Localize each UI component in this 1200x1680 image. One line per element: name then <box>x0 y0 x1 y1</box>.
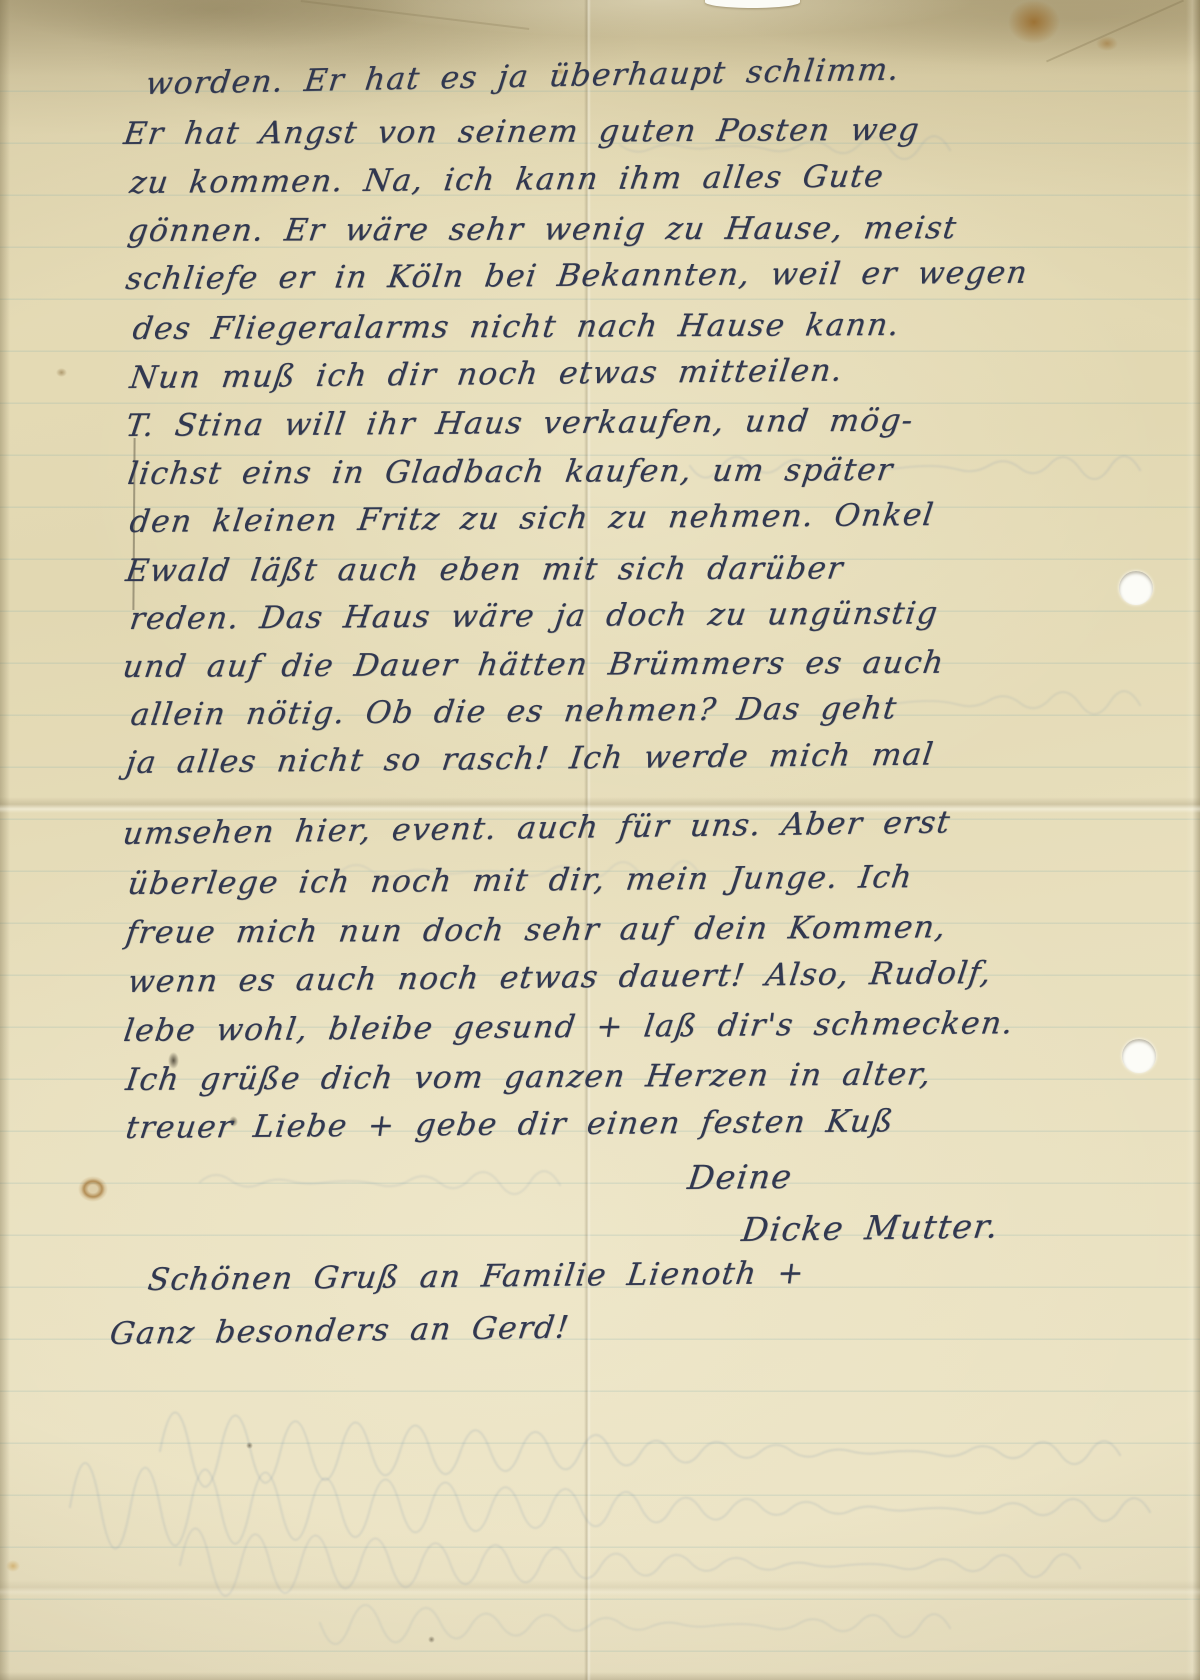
punch-hole-top <box>1119 571 1153 605</box>
handwriting-line: Ich grüße dich vom ganzen Herzen in alte… <box>124 1056 934 1098</box>
rust-stain-left <box>78 1176 108 1202</box>
handwriting-line: Er hat Angst von seinem guten Posten weg <box>122 112 923 152</box>
handwriting-line: reden. Das Haus wäre ja doch zu ungünsti… <box>128 595 941 637</box>
handwriting-line: wenn es auch noch etwas dauert! Also, Ru… <box>126 955 994 1000</box>
handwriting-line: allein nötig. Ob die es nehmen? Das geht <box>129 690 900 733</box>
valediction: Deine <box>685 1157 795 1197</box>
ink-speck <box>428 1636 435 1643</box>
handwriting-line: überlege ich noch mit dir, mein Junge. I… <box>126 859 915 902</box>
handwriting-line: und auf die Dauer hätten Brümmers es auc… <box>121 645 947 685</box>
handwriting-line: ja alles nicht so rasch! Ich werde mich … <box>124 737 937 781</box>
handwriting-line: schliefe er in Köln bei Bekannten, weil … <box>124 255 1031 297</box>
letter-sheet: worden. Er hat es ja überhaupt schlimm. … <box>0 0 1200 1680</box>
handwriting-line: Nun muß ich dir noch etwas mitteilen. <box>128 353 846 396</box>
handwriting-line: treuer Liebe + gebe dir einen festen Kuß <box>124 1103 897 1146</box>
postscript-line: Ganz besonders an Gerd! <box>108 1310 572 1352</box>
handwriting-line: zu kommen. Na, ich kann ihm alles Gute <box>128 158 887 201</box>
paper-edge-left <box>0 0 10 1680</box>
handwriting-line: des Fliegeralarms nicht nach Hause kann. <box>131 307 903 347</box>
ink-speck <box>56 368 67 377</box>
paper-edge-right <box>1186 0 1200 1680</box>
handwriting-line: gönnen. Er wäre sehr wenig zu Hause, mei… <box>126 210 960 249</box>
signature: Dicke Mutter. <box>740 1206 1002 1249</box>
ink-speck <box>246 1442 253 1449</box>
handwriting-line: Ewald läßt auch eben mit sich darüber <box>124 550 846 589</box>
handwriting-line: freue mich nun doch sehr auf dein Kommen… <box>124 909 949 951</box>
postscript-line: Schönen Gruß an Familie Lienoth + <box>146 1255 808 1298</box>
handwriting-line: den kleinen Fritz zu sich zu nehmen. Onk… <box>128 497 937 540</box>
handwriting-line: lebe wohl, bleibe gesund + laß dir's sch… <box>122 1005 1016 1049</box>
punch-hole-bottom <box>1122 1039 1156 1073</box>
handwriting-line: T. Stina will ihr Haus verkaufen, und mö… <box>124 403 916 444</box>
handwriting-line: lichst eins in Gladbach kaufen, um späte… <box>126 452 896 492</box>
paper-edge-bottom <box>0 1672 1200 1680</box>
horizontal-fold-crease <box>0 1580 1200 1596</box>
